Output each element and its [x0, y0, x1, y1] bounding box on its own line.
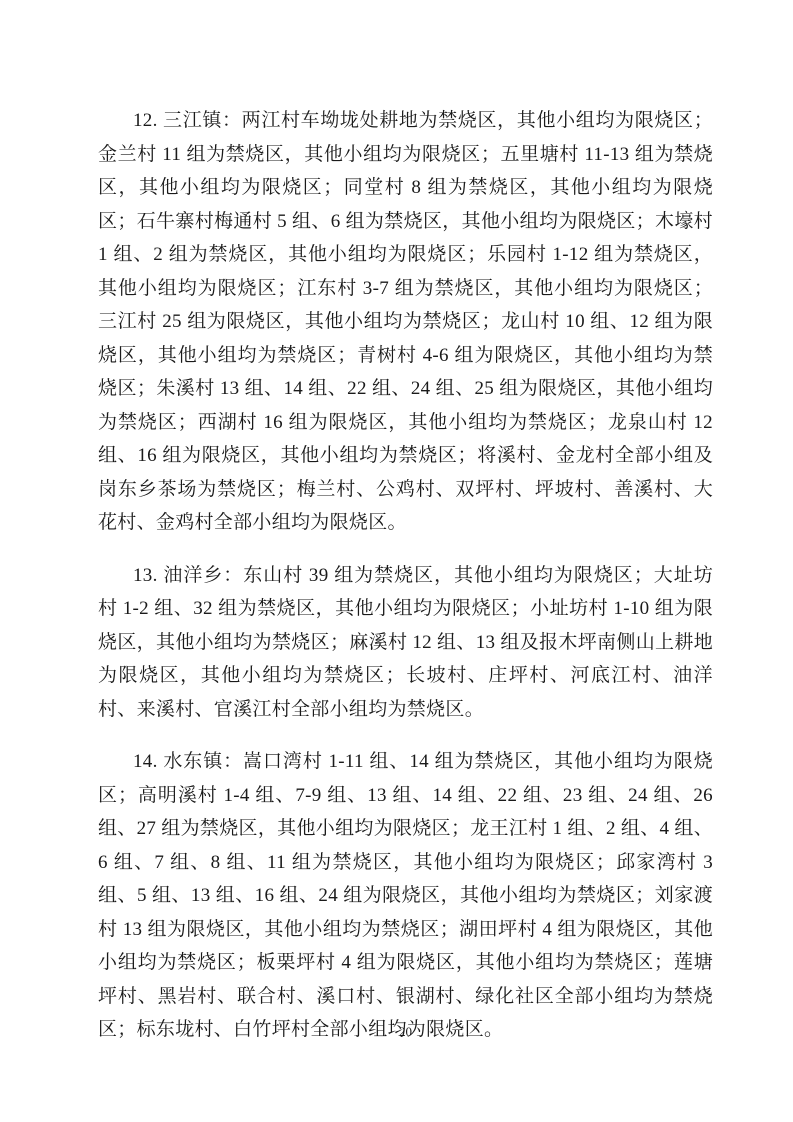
page-number: 20	[98, 1024, 713, 1040]
document-page: 12. 三江镇：两江村车坳垅处耕地为禁烧区，其他小组均为限烧区；金兰村 11 组…	[0, 0, 793, 1122]
paragraph-14-shuidong-town: 14. 水东镇：嵩口湾村 1-11 组、14 组为禁烧区，其他小组均为限烧区；高…	[98, 745, 713, 1047]
document-body: 12. 三江镇：两江村车坳垅处耕地为禁烧区，其他小组均为限烧区；金兰村 11 组…	[98, 104, 713, 1047]
paragraph-13-youyang-township: 13. 油洋乡：东山村 39 组为禁烧区，其他小组均为限烧区；大址坊村 1-2 …	[98, 559, 713, 727]
paragraph-12-sanjiang-town: 12. 三江镇：两江村车坳垅处耕地为禁烧区，其他小组均为限烧区；金兰村 11 组…	[98, 104, 713, 540]
